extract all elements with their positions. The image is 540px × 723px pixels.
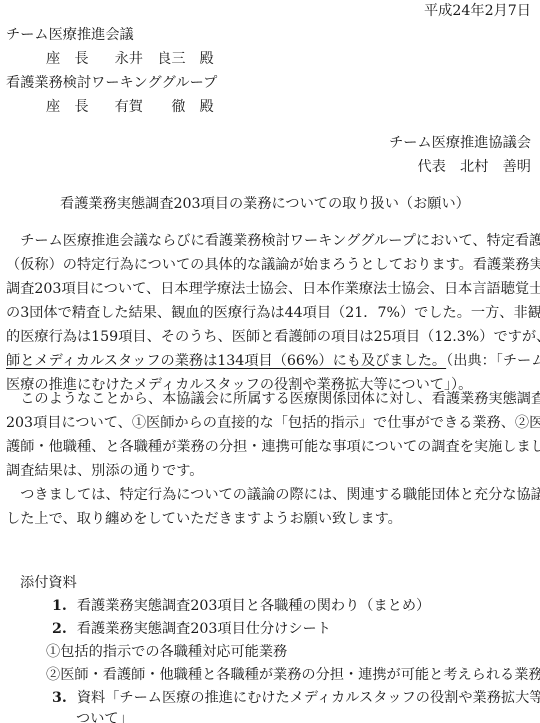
p1-line-1: チーム医療推進会議ならびに看護業務検討ワーキンググループにおいて、特定看護師 (6, 234, 540, 248)
p2-line-3: 護師・他職種、と各職種が業務の分担・連携可能な事項についての調査を実施しました。 (6, 440, 540, 454)
addressee-2-title: 座 長 (46, 99, 89, 115)
addressee-1-title: 座 長 (46, 51, 89, 67)
attachment-item-3-continued: ついて」 (76, 712, 133, 723)
attachment-number: 2. (52, 621, 67, 637)
attachment-item-2: 2.看護業務実態調査203項目仕分けシート (52, 622, 331, 636)
underlined-phrase: 師とメディカルスタッフの業務は134項目（66%）にも及びました。 (6, 353, 446, 369)
addressee-1-line: 座 長永井 良三殿 (46, 52, 214, 66)
p1-line-5-text: 的医療行為は159項目、そのうち、医師と看護師の項目は25項目（12.3%）です… (6, 329, 540, 345)
p1-line-4: の3団体で精査した結果、観血的医療行為は44項目（21．7%）でした。一方、非観… (6, 306, 540, 320)
p2-line-1: このようなことから、本協議会に所属する医療関係団体に対し、看護業務実態調査 (6, 392, 540, 406)
addressee-2-line: 座 長有賀 徹殿 (46, 100, 214, 114)
addressee-2-honorific: 殿 (200, 99, 214, 115)
attachment-text: 看護業務実態調査203項目と各職種の関わり（まとめ） (77, 598, 430, 614)
p1-line-3: 調査203項目について、日本理学療法士協会、日本作業療法士協会、日本言語聴覚士協… (6, 282, 540, 296)
document-date: 平成24年2月7日 (424, 4, 531, 18)
subject-title: 看護業務実態調査203項目の業務についての取り扱い（お願い） (60, 197, 470, 211)
p1-line-5: 的医療行為は159項目、そのうち、医師と看護師の項目は25項目（12.3%）です… (6, 330, 540, 344)
addressee-1-org: チーム医療推進会議 (6, 28, 134, 42)
attachments-heading: 添付資料 (20, 576, 77, 590)
addressee-2-org: 看護業務検討ワーキンググループ (6, 76, 217, 90)
addressee-1-name: 永井 良三 (115, 51, 186, 67)
p1-line-6: 師とメディカルスタッフの業務は134項目（66%）にも及びました。（出典：「チー… (6, 354, 540, 368)
p3-line-2: した上で、取り纏めをしていただきますようお願い致します。 (6, 512, 402, 526)
citation-start: （出典：「チーム (446, 353, 540, 369)
attachment-text: 看護業務実態調査203項目仕分けシート (77, 621, 331, 637)
p2-line-2: 203項目について、①医師からの直接的な「包括的指示」で仕事ができる業務、②医師… (6, 416, 540, 430)
sender-representative: 代表 北村 善明 (417, 160, 531, 174)
attachment-subitem-2: ②医師・看護師・他職種と各職種が業務の分担・連携が可能と考えられる業務 (46, 668, 540, 682)
attachment-subitem-1: ①包括的指示での各職種対応可能業務 (46, 645, 287, 659)
sender-org: チーム医療推進協議会 (389, 136, 531, 150)
addressee-2-name: 有賀 徹 (115, 99, 186, 115)
addressee-1-honorific: 殿 (200, 51, 214, 67)
p2-line-4: 調査結果は、別添の通りです。 (6, 464, 204, 478)
attachment-number: 1. (52, 598, 67, 614)
attachment-item-3: 3.資料「チーム医療の推進にむけたメディカルスタッフの役割や業務拡大等に (52, 691, 540, 705)
p3-line-1: つきましては、特定行為についての議論の際には、関連する職能団体と充分な協議を (6, 488, 540, 502)
attachment-text: 資料「チーム医療の推進にむけたメディカルスタッフの役割や業務拡大等に (77, 690, 540, 706)
attachment-item-1: 1.看護業務実態調査203項目と各職種の関わり（まとめ） (52, 599, 430, 613)
attachment-number: 3. (52, 690, 67, 706)
p1-line-2: （仮称）の特定行為についての具体的な議論が始まろうとしております。看護業務実態 (6, 258, 540, 272)
